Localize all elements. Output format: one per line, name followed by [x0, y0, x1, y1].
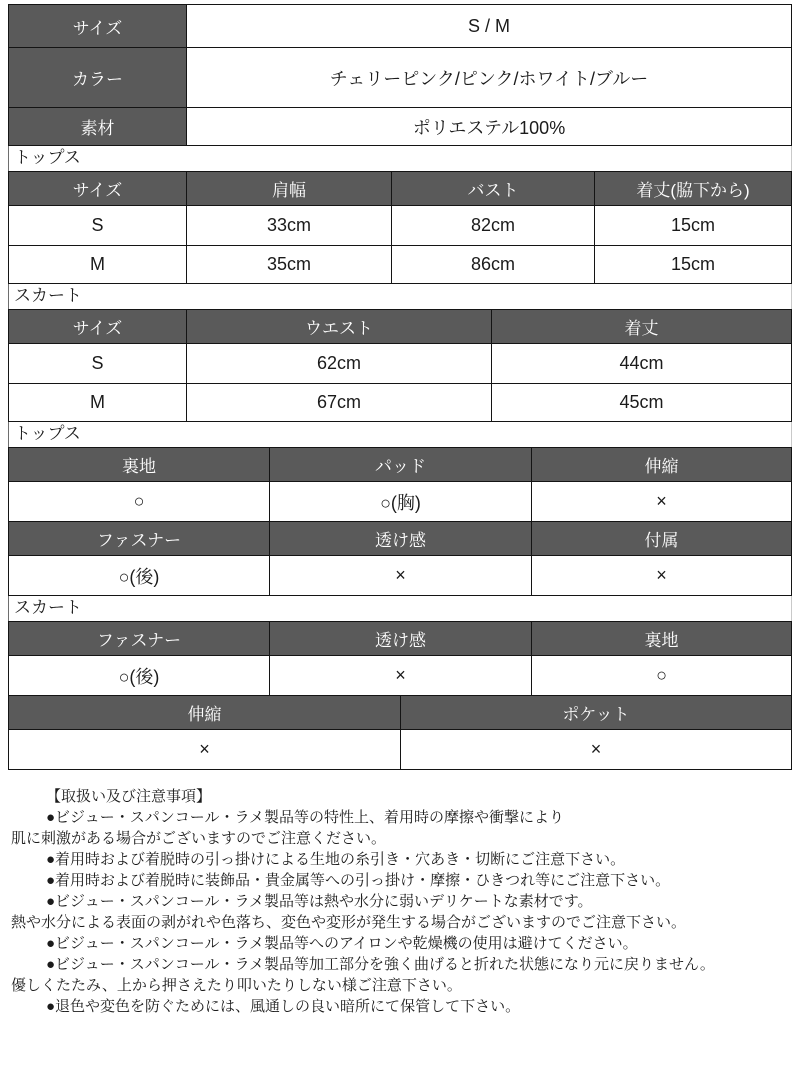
tops-pad-header: パッド [270, 448, 532, 482]
tops-zipper-header: ファスナー [9, 522, 270, 556]
note-line: ●ビジュー・スパンコール・ラメ製品等は熱や水分に弱いデリケートな素材です。 [46, 891, 792, 912]
cell: 82cm [392, 206, 595, 246]
spec-color-value: チェリーピンク/ピンク/ホワイト/ブルー [187, 48, 792, 108]
section-label-skirt-size: スカート [8, 284, 792, 309]
tops-zipper-value: ○(後) [9, 556, 270, 596]
tops-sheer-header: 透け感 [270, 522, 532, 556]
cell: 44cm [492, 344, 792, 384]
cell: 33cm [187, 206, 392, 246]
skirt-size-header-row: サイズ ウエスト 着丈 [9, 310, 792, 344]
spec-size-value: S / M [187, 5, 792, 48]
note-line: 優しくたたみ、上から押さえたり叩いたりしない様ご注意下さい。 [11, 975, 792, 996]
skirt-lining-header: 裏地 [532, 622, 792, 656]
cell: S [9, 206, 187, 246]
spec-material-value: ポリエステル100% [187, 108, 792, 146]
note-line: 熱や水分による表面の剥がれや色落ち、変色や変形が発生する場合がございますのでご注… [11, 912, 792, 933]
tops-stretch-value: × [532, 482, 792, 522]
tops-accessory-header: 付属 [532, 522, 792, 556]
tops-pad-value: ○(胸) [270, 482, 532, 522]
tops-size-table: サイズ 肩幅 バスト 着丈(脇下から) S 33cm 82cm 15cm M 3… [8, 171, 792, 284]
tops-features-value-row-2: ○(後) × × [9, 556, 792, 596]
tops-size-col-shoulder: 肩幅 [187, 172, 392, 206]
skirt-pocket-header: ポケット [401, 696, 792, 730]
skirt-size-col-length: 着丈 [492, 310, 792, 344]
note-line: ●ビジュー・スパンコール・ラメ製品等へのアイロンや乾燥機の使用は避けてください。 [46, 933, 792, 954]
cell: 86cm [392, 246, 595, 284]
note-line: ●ビジュー・スパンコール・ラメ製品等加工部分を強く曲げると折れた状態になり元に戻… [46, 954, 792, 975]
skirt-sheer-header: 透け感 [270, 622, 532, 656]
care-notes-title: 【取扱い及び注意事項】 [46, 786, 792, 807]
tops-size-col-bust: バスト [392, 172, 595, 206]
tops-accessory-value: × [532, 556, 792, 596]
skirt-lining-value: ○ [532, 656, 792, 696]
cell: 67cm [187, 384, 492, 422]
product-spec-page: サイズ S / M カラー チェリーピンク/ピンク/ホワイト/ブルー 素材 ポリ… [0, 0, 800, 1017]
care-notes: 【取扱い及び注意事項】 ●ビジュー・スパンコール・ラメ製品等の特性上、着用時の摩… [8, 786, 792, 1017]
section-label-tops-size: トップス [8, 146, 792, 171]
skirt-size-col-size: サイズ [9, 310, 187, 344]
cell: 15cm [595, 246, 792, 284]
cell: 45cm [492, 384, 792, 422]
spec-color-label: カラー [9, 48, 187, 108]
tops-size-col-size: サイズ [9, 172, 187, 206]
section-label-tops-features: トップス [8, 422, 792, 447]
skirt-pocket-value: × [401, 730, 792, 770]
cell: M [9, 246, 187, 284]
note-line: ●着用時および着脱時の引っ掛けによる生地の糸引き・穴あき・切断にご注意下さい。 [46, 849, 792, 870]
skirt-size-table: サイズ ウエスト 着丈 S 62cm 44cm M 67cm 45cm [8, 309, 792, 422]
spec-row-material: 素材 ポリエステル100% [9, 108, 792, 146]
cell: 62cm [187, 344, 492, 384]
skirt-stretch-header: 伸縮 [9, 696, 401, 730]
tops-size-col-length: 着丈(脇下から) [595, 172, 792, 206]
spec-size-label: サイズ [9, 5, 187, 48]
skirt-features-table-upper: ファスナー 透け感 裏地 ○(後) × ○ [8, 621, 792, 696]
skirt-zipper-header: ファスナー [9, 622, 270, 656]
skirt-features-value-row-2: × × [9, 730, 792, 770]
skirt-features-header-row-2: 伸縮 ポケット [9, 696, 792, 730]
tops-features-value-row-1: ○ ○(胸) × [9, 482, 792, 522]
cell: M [9, 384, 187, 422]
tops-lining-header: 裏地 [9, 448, 270, 482]
skirt-size-col-waist: ウエスト [187, 310, 492, 344]
tops-features-header-row-1: 裏地 パッド 伸縮 [9, 448, 792, 482]
skirt-stretch-value: × [9, 730, 401, 770]
note-line: 肌に刺激がある場合がございますのでご注意ください。 [11, 828, 792, 849]
tops-sheer-value: × [270, 556, 532, 596]
tops-features-header-row-2: ファスナー 透け感 付属 [9, 522, 792, 556]
skirt-size-row-m: M 67cm 45cm [9, 384, 792, 422]
tops-lining-value: ○ [9, 482, 270, 522]
tops-size-row-s: S 33cm 82cm 15cm [9, 206, 792, 246]
section-label-skirt-features: スカート [8, 596, 792, 621]
tops-features-table: 裏地 パッド 伸縮 ○ ○(胸) × ファスナー 透け感 付属 ○(後) × × [8, 447, 792, 596]
skirt-features-value-row-1: ○(後) × ○ [9, 656, 792, 696]
spec-row-color: カラー チェリーピンク/ピンク/ホワイト/ブルー [9, 48, 792, 108]
skirt-zipper-value: ○(後) [9, 656, 270, 696]
tops-stretch-header: 伸縮 [532, 448, 792, 482]
tops-size-row-m: M 35cm 86cm 15cm [9, 246, 792, 284]
skirt-features-header-row-1: ファスナー 透け感 裏地 [9, 622, 792, 656]
skirt-size-row-s: S 62cm 44cm [9, 344, 792, 384]
skirt-features-table-lower: 伸縮 ポケット × × [8, 695, 792, 770]
note-line: ●退色や変色を防ぐためには、風通しの良い暗所にて保管して下さい。 [46, 996, 792, 1017]
note-line: ●着用時および着脱時に装飾品・貴金属等への引っ掛け・摩擦・ひきつれ等にご注意下さ… [46, 870, 792, 891]
cell: 35cm [187, 246, 392, 284]
tops-size-header-row: サイズ 肩幅 バスト 着丈(脇下から) [9, 172, 792, 206]
spec-material-label: 素材 [9, 108, 187, 146]
spec-row-size: サイズ S / M [9, 5, 792, 48]
cell: S [9, 344, 187, 384]
cell: 15cm [595, 206, 792, 246]
spec-table: サイズ S / M カラー チェリーピンク/ピンク/ホワイト/ブルー 素材 ポリ… [8, 4, 792, 146]
note-line: ●ビジュー・スパンコール・ラメ製品等の特性上、着用時の摩擦や衝撃により [46, 807, 792, 828]
skirt-sheer-value: × [270, 656, 532, 696]
